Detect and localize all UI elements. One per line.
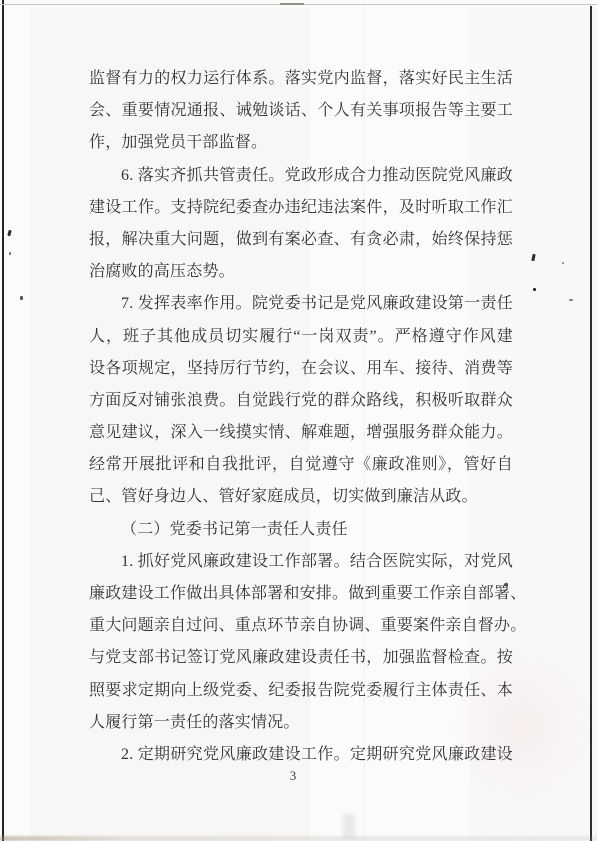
text-line: 治腐败的高压态势。	[89, 256, 513, 288]
text-line: 建设工作。支持院纪委查办违纪违法案件，及时听取工作汇	[89, 192, 513, 224]
text-line paragraph-start: 2. 定期研究党风廉政建设工作。定期研究党风廉政建设	[89, 739, 513, 771]
scan-smudge	[343, 814, 355, 838]
scan-speck	[533, 288, 536, 291]
text-line: 设各项规定，坚持厉行节约，在会议、用车、接待、消费等	[89, 353, 513, 385]
text-line: 意见建议，深入一线摸实情、解难题，增强服务群众能力。	[89, 417, 513, 449]
scan-speck	[531, 254, 535, 261]
scan-bottom-smudge	[0, 836, 597, 841]
scan-edge-top-mark	[280, 3, 304, 5]
text-line: 报，解决重大问题，做到有案必查、有贪必肃，始终保持惩	[89, 224, 513, 256]
text-line: 作，加强党员干部监督。	[89, 127, 513, 159]
scan-edge-left	[2, 0, 4, 841]
scan-speck	[562, 262, 564, 264]
scan-speck	[9, 252, 11, 255]
text-line paragraph-start: 1. 抓好党风廉政建设工作部署。结合医院实际，对党风	[89, 546, 513, 578]
text-line paragraph-start: 7. 发挥表率作用。院党委书记是党风廉政建设第一责任	[89, 288, 513, 320]
scan-speck	[20, 296, 23, 300]
scan-speck	[7, 230, 11, 237]
text-line: 方面反对铺张浪费。自觉践行党的群众路线，积极听取群众	[89, 385, 513, 417]
text-line: 人履行第一责任的落实情况。	[89, 707, 513, 739]
scanned-document-page: 监督有力的权力运行体系。落实党内监督，落实好民主生活 会、重要情况通报、诫勉谈话…	[0, 0, 597, 841]
document-body: 监督有力的权力运行体系。落实党内监督，落实好民主生活 会、重要情况通报、诫勉谈话…	[89, 63, 513, 771]
text-line: 人，班子其他成员切实履行“一岗双责”。严格遵守作风建	[89, 321, 513, 353]
section-heading: （二）党委书记第一责任人责任	[89, 514, 513, 546]
text-line: 会、重要情况通报、诫勉谈话、个人有关事项报告等主要工	[89, 95, 513, 127]
text-line: 重大问题亲自过问、重点环节亲自协调、重要案件亲自督办。	[89, 610, 513, 642]
text-line: 监督有力的权力运行体系。落实党内监督，落实好民主生活	[89, 63, 513, 95]
text-line: 照要求定期向上级党委、纪委报告院党委履行主体责任、本	[89, 675, 513, 707]
text-line: 己、管好身边人、管好家庭成员，切实做到廉洁从政。	[89, 481, 513, 513]
page-number: 3	[89, 768, 497, 784]
text-line paragraph-start: 6. 落实齐抓共管责任。党政形成合力推动医院党风廉政	[89, 160, 513, 192]
text-line: 经常开展批评和自我批评，自觉遵守《廉政准则》，管好自	[89, 449, 513, 481]
scan-speck	[569, 299, 573, 301]
scan-edge-right	[590, 6, 592, 841]
text-line: 廉政建设工作做出具体部署和安排。做到重要工作亲自部署、	[89, 578, 513, 610]
text-line: 与党支部书记签订党风廉政建设责任书，加强监督检查。按	[89, 642, 513, 674]
